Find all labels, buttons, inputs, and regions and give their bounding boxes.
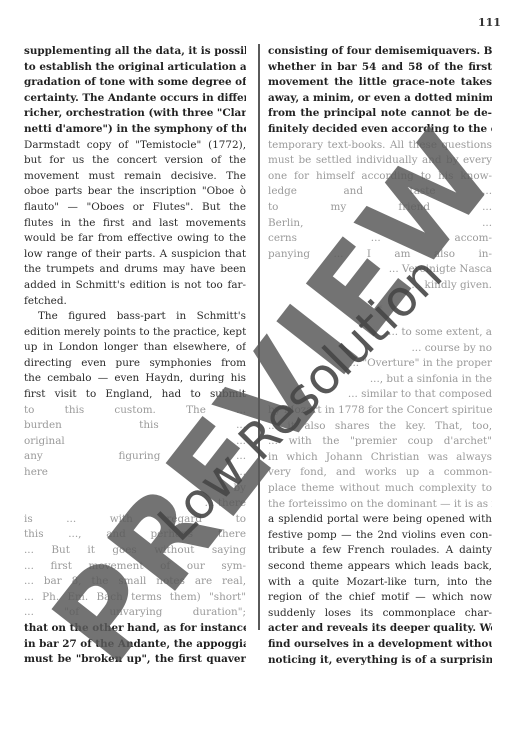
text-line: richer, orchestration (with three "Clari…	[24, 106, 246, 122]
text-line: would be far from effective owing to the	[24, 231, 246, 247]
left-text-column: supplementing all the data, it is possib…	[24, 44, 246, 668]
text-line: here ...	[24, 465, 246, 481]
text-line: this ..., and perhaps there	[24, 527, 246, 543]
text-line: edition merely points to the practice, k…	[24, 325, 246, 341]
section-separator: *	[268, 302, 492, 318]
text-line: festive pomp — the 2nd violins even con-	[268, 528, 492, 544]
text-line: cerns ... accom-	[268, 231, 492, 247]
text-line: movement the little grace-note takes	[268, 75, 492, 91]
text-line: any figuring ...	[24, 449, 246, 465]
text-line: original ...	[24, 434, 246, 450]
text-line: to my friend ...	[268, 200, 492, 216]
text-line: ... Ph. Em. Bach terms them) "short"	[24, 590, 246, 606]
text-line: low range of their parts. A suspicion th…	[24, 247, 246, 263]
text-line: from the principal note cannot be de-	[268, 106, 492, 122]
text-line: in which Johann Christian was always	[268, 450, 492, 466]
text-line: is ... with regard to	[24, 512, 246, 528]
text-line: Darmstadt copy of "Temistocle" (1772),	[24, 138, 246, 154]
text-line: ... to some extent, a	[268, 325, 492, 341]
text-line: ... first movement of our sym-	[24, 559, 246, 575]
text-line: ledge and taste ...	[268, 184, 492, 200]
text-line: find ourselves in a development without	[268, 637, 492, 653]
text-line: the trumpets and drums may have been	[24, 262, 246, 278]
text-line: The figured bass-part in Schmitt's	[24, 309, 246, 325]
text-line: oboe parts bear the inscription "Oboe ò	[24, 184, 246, 200]
text-line: ... it also shares the key. That, too,	[268, 419, 492, 435]
text-line: directing even pure symphonies from	[24, 356, 246, 372]
text-line: to establish the original articulation a…	[24, 60, 246, 76]
text-line: very fond, and works up a common-	[268, 465, 492, 481]
text-line: movement must remain decisive. The	[24, 169, 246, 185]
text-line: flutes in the first and last movements	[24, 216, 246, 232]
text-line: noticing it, everything is of a surprisi…	[268, 653, 492, 669]
text-line: ... similar to that composed	[268, 387, 492, 403]
text-line: that on the other hand, as for instance,	[24, 621, 246, 637]
column-divider	[258, 44, 260, 630]
text-line: the forteissimo on the dominant — it is …	[268, 497, 492, 513]
text-line: suddenly loses its commonplace char-	[268, 606, 492, 622]
text-line: ... Vereinigte Nasca	[268, 262, 492, 278]
text-line: the cembalo — even Haydn, during his	[24, 371, 246, 387]
text-line: up in London longer than elsewhere, of	[24, 340, 246, 356]
text-line: ..., but a sinfonia in the	[268, 372, 492, 388]
text-line: ... by	[24, 481, 246, 497]
text-line: must be "broken up", the first quaver	[24, 652, 246, 668]
text-line: region of the chief motif — which now	[268, 590, 492, 606]
text-line: flauto" — "Oboes or Flutes". But the	[24, 200, 246, 216]
text-line: burden this ...	[24, 418, 246, 434]
text-line: gradation of tone with some degree of	[24, 75, 246, 91]
text-line: whether in bar 54 and 58 of the first	[268, 60, 492, 76]
text-line: away, a minim, or even a dotted minim,	[268, 91, 492, 107]
text-line: Berlin, ...	[268, 216, 492, 232]
text-line: supplementing all the data, it is possib…	[24, 44, 246, 60]
text-line: fetched.	[24, 294, 246, 310]
text-line: place theme without much complexity to	[268, 481, 492, 497]
right-text-column: consisting of four demisemiquavers. But …	[268, 44, 492, 668]
text-line: ... bar 8, the small notes are real,	[24, 574, 246, 590]
text-line: ... But it goes without saying	[24, 543, 246, 559]
text-line: netti d'amore") in the symphony of the	[24, 122, 246, 138]
text-line: temporary text-books. All these question…	[268, 138, 492, 154]
text-line: but for us the concert version of the	[24, 153, 246, 169]
text-line: first visit to England, had to submit	[24, 387, 246, 403]
text-line: with a quite Mozart-like turn, into the	[268, 575, 492, 591]
text-line: added in Schmitt's edition is not too fa…	[24, 278, 246, 294]
text-line: tribute a few French roulades. A dainty	[268, 543, 492, 559]
text-line: second theme appears which leads back,	[268, 559, 492, 575]
text-line: panying ... I am also in-	[268, 247, 492, 263]
text-line: ... "Overture" in the proper	[268, 356, 492, 372]
text-line: acter and reveals its deeper quality. We	[268, 621, 492, 637]
text-line: ... course by no	[268, 341, 492, 357]
text-line: one for himself according to his know-	[268, 169, 492, 185]
text-line: ... kindly given.	[268, 278, 492, 294]
text-line: must be settled individually and by ever…	[268, 153, 492, 169]
text-line: a splendid portal were being opened with	[268, 512, 492, 528]
text-line: to this custom. The ...	[24, 403, 246, 419]
text-line: ... there	[24, 496, 246, 512]
page-number: 111	[478, 16, 501, 29]
text-line: in bar 27 of the Andante, the appoggiatu…	[24, 637, 246, 653]
text-line: ... with the "premier coup d'archet"	[268, 434, 492, 450]
text-line: certainty. The Andante occurs in differe…	[24, 91, 246, 107]
text-line: by Mozart in 1778 for the Concert spirit…	[268, 403, 492, 419]
text-line: consisting of four demisemiquavers. But	[268, 44, 492, 60]
text-line: finitely decided even according to the c…	[268, 122, 492, 138]
text-line: ... "of unvarying duration";	[24, 605, 246, 621]
